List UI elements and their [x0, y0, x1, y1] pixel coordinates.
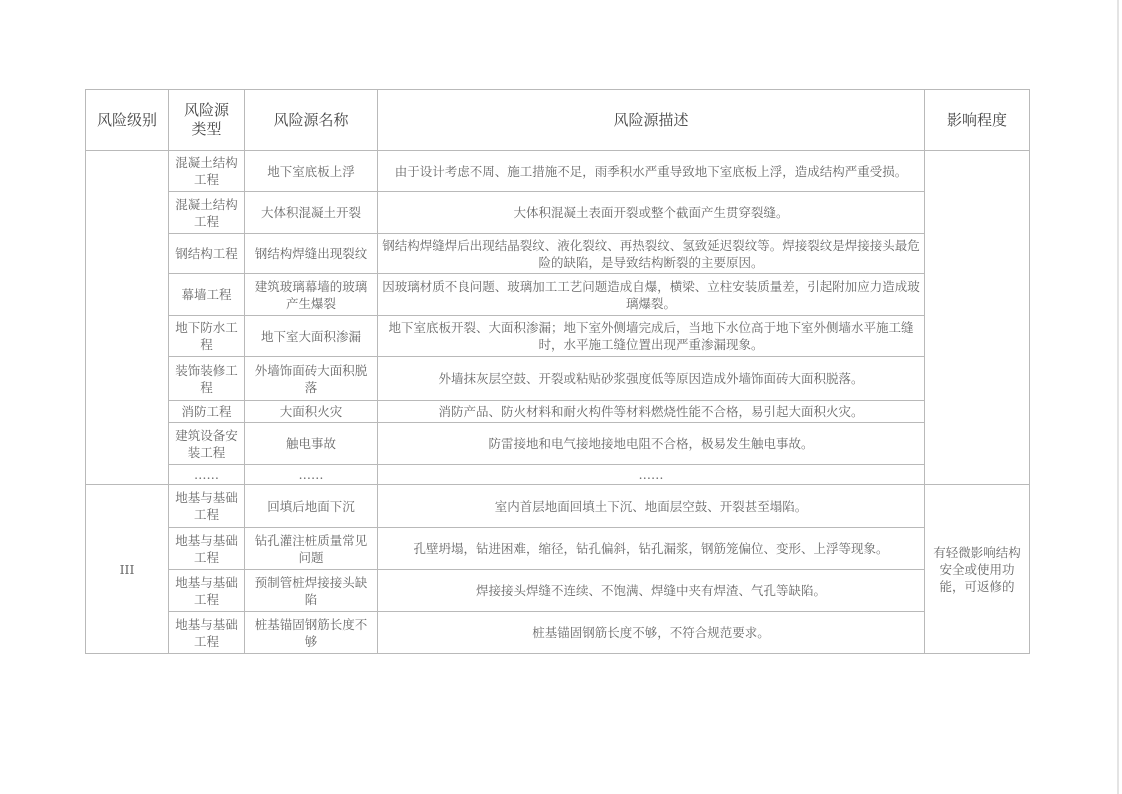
risk-type-cell: 地基与基础工程	[169, 612, 245, 654]
header-risk-type-l1: 风险源	[184, 101, 229, 119]
risk-name-cell: 回填后地面下沉	[245, 485, 378, 528]
table-row: 混凝土结构工程 大体积混凝土开裂 大体积混凝土表面开裂或整个截面产生贯穿裂缝。	[86, 192, 1030, 234]
header-row: 风险级别 风险源类型 风险源名称 风险源描述 影响程度	[86, 90, 1030, 151]
risk-name-cell: 地下室大面积渗漏	[245, 316, 378, 357]
table-row: 地基与基础工程 预制管桩焊接接头缺陷 焊接接头焊缝不连续、不饱满、焊缝中夹有焊渣…	[86, 570, 1030, 612]
table-row: 建筑设备安装工程 触电事故 防雷接地和电气接地接地电阻不合格，极易发生触电事故。	[86, 423, 1030, 465]
risk-type-cell: 地下防水工程	[169, 316, 245, 357]
risk-type-cell: 地基与基础工程	[169, 485, 245, 528]
risk-type-cell: 幕墙工程	[169, 274, 245, 316]
risk-name-cell: 大体积混凝土开裂	[245, 192, 378, 234]
risk-name-cell: ……	[245, 465, 378, 485]
risk-type-cell: 钢结构工程	[169, 234, 245, 274]
table-row: 幕墙工程 建筑玻璃幕墙的玻璃产生爆裂 因玻璃材质不良问题、玻璃加工工艺问题造成自…	[86, 274, 1030, 316]
risk-name-cell: 外墙饰面砖大面积脱落	[245, 357, 378, 401]
table-row: 装饰装修工程 外墙饰面砖大面积脱落 外墙抹灰层空鼓、开裂或粘贴砂浆强度低等原因造…	[86, 357, 1030, 401]
risk-desc-cell: 由于设计考虑不周、施工措施不足，雨季积水严重导致地下室底板上浮，造成结构严重受损…	[378, 151, 925, 192]
risk-type-cell: 建筑设备安装工程	[169, 423, 245, 465]
header-risk-desc: 风险源描述	[378, 90, 925, 151]
table-row: III 地基与基础工程 回填后地面下沉 室内首层地面回填土下沉、地面层空鼓、开裂…	[86, 485, 1030, 528]
risk-name-cell: 建筑玻璃幕墙的玻璃产生爆裂	[245, 274, 378, 316]
risk-desc-cell: 焊接接头焊缝不连续、不饱满、焊缝中夹有焊渣、气孔等缺陷。	[378, 570, 925, 612]
risk-name-cell: 预制管桩焊接接头缺陷	[245, 570, 378, 612]
table-row: 地下防水工程 地下室大面积渗漏 地下室底板开裂、大面积渗漏；地下室外侧墙完成后，…	[86, 316, 1030, 357]
risk-level-cell: III	[86, 485, 169, 654]
risk-type-cell: ……	[169, 465, 245, 485]
risk-type-cell: 消防工程	[169, 401, 245, 423]
risk-name-cell: 触电事故	[245, 423, 378, 465]
risk-name-cell: 桩基锚固钢筋长度不够	[245, 612, 378, 654]
risk-desc-cell: 因玻璃材质不良问题、玻璃加工工艺问题造成自爆，横梁、立柱安装质量差，引起附加应力…	[378, 274, 925, 316]
table-row: 钢结构工程 钢结构焊缝出现裂纹 钢结构焊缝焊后出现结晶裂纹、液化裂纹、再热裂纹、…	[86, 234, 1030, 274]
table-row: 地基与基础工程 桩基锚固钢筋长度不够 桩基锚固钢筋长度不够，不符合规范要求。	[86, 612, 1030, 654]
risk-name-cell: 钢结构焊缝出现裂纹	[245, 234, 378, 274]
header-risk-level: 风险级别	[86, 90, 169, 151]
risk-desc-cell: 大体积混凝土表面开裂或整个截面产生贯穿裂缝。	[378, 192, 925, 234]
risk-type-cell: 地基与基础工程	[169, 528, 245, 570]
risk-desc-cell: ……	[378, 465, 925, 485]
table-row: …… …… ……	[86, 465, 1030, 485]
table-row: 混凝土结构工程 地下室底板上浮 由于设计考虑不周、施工措施不足，雨季积水严重导致…	[86, 151, 1030, 192]
risk-desc-cell: 消防产品、防火材料和耐火构件等材料燃烧性能不合格，易引起大面积火灾。	[378, 401, 925, 423]
risk-name-cell: 大面积火灾	[245, 401, 378, 423]
risk-type-cell: 装饰装修工程	[169, 357, 245, 401]
risk-desc-cell: 外墙抹灰层空鼓、开裂或粘贴砂浆强度低等原因造成外墙饰面砖大面积脱落。	[378, 357, 925, 401]
impact-cell: 有轻微影响结构安全或使用功能，可返修的	[925, 485, 1030, 654]
risk-desc-cell: 地下室底板开裂、大面积渗漏；地下室外侧墙完成后，当地下水位高于地下室外侧墙水平施…	[378, 316, 925, 357]
table-row: 地基与基础工程 钻孔灌注桩质量常见问题 孔壁坍塌，钻进困难，缩径，钻孔偏斜，钻孔…	[86, 528, 1030, 570]
impact-cell	[925, 151, 1030, 485]
header-risk-name: 风险源名称	[245, 90, 378, 151]
risk-level-cell	[86, 151, 169, 485]
risk-type-cell: 地基与基础工程	[169, 570, 245, 612]
table-row: 消防工程 大面积火灾 消防产品、防火材料和耐火构件等材料燃烧性能不合格，易引起大…	[86, 401, 1030, 423]
risk-desc-cell: 钢结构焊缝焊后出现结晶裂纹、液化裂纹、再热裂纹、氢致延迟裂纹等。焊接裂纹是焊接接…	[378, 234, 925, 274]
risk-source-table: 风险级别 风险源类型 风险源名称 风险源描述 影响程度 混凝土结构工程 地下室底…	[85, 89, 1030, 654]
risk-desc-cell: 孔壁坍塌，钻进困难，缩径，钻孔偏斜，钻孔漏浆，钢筋笼偏位、变形、上浮等现象。	[378, 528, 925, 570]
header-risk-type-l2: 类型	[191, 120, 221, 138]
risk-type-cell: 混凝土结构工程	[169, 151, 245, 192]
risk-desc-cell: 防雷接地和电气接地接地电阻不合格，极易发生触电事故。	[378, 423, 925, 465]
header-risk-type: 风险源类型	[169, 90, 245, 151]
page-edge-divider	[1117, 0, 1119, 794]
risk-desc-cell: 室内首层地面回填土下沉、地面层空鼓、开裂甚至塌陷。	[378, 485, 925, 528]
risk-desc-cell: 桩基锚固钢筋长度不够，不符合规范要求。	[378, 612, 925, 654]
risk-name-cell: 钻孔灌注桩质量常见问题	[245, 528, 378, 570]
risk-type-cell: 混凝土结构工程	[169, 192, 245, 234]
risk-name-cell: 地下室底板上浮	[245, 151, 378, 192]
header-impact: 影响程度	[925, 90, 1030, 151]
